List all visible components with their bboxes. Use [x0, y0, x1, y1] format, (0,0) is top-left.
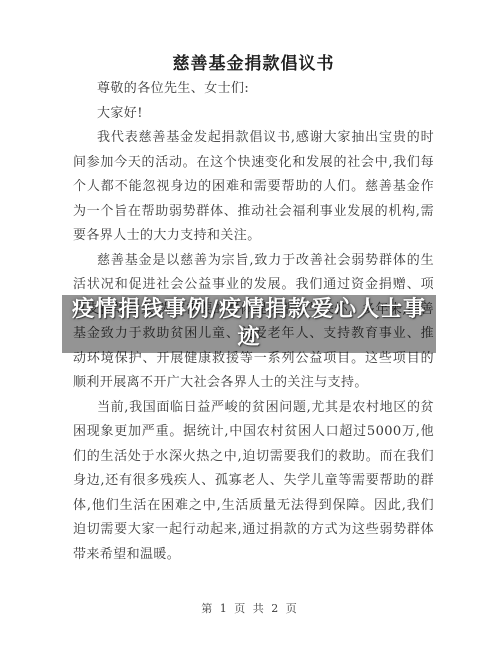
salutation-line: 大家好!	[73, 102, 434, 127]
document-page: 慈善基金捐款倡议书 尊敬的各位先生、女士们: 大家好! 我代表慈善基金发起捐款倡…	[0, 0, 500, 567]
document-title: 慈善基金捐款倡议书	[73, 52, 434, 77]
body-paragraph-1: 我代表慈善基金发起捐款倡议书,感谢大家抽出宝贵的时间参加今天的活动。在这个快速变…	[73, 126, 434, 249]
page-number-footer: 第 1 页 共 2 页	[0, 600, 500, 616]
greeting-line: 尊敬的各位先生、女士们:	[73, 77, 434, 102]
body-paragraph-3: 当前,我国面临日益严峻的贫困问题,尤其是农村地区的贫困现象更加严重。据统计,中国…	[73, 396, 434, 568]
overlay-title-banner: 疫情捐钱事例/疫情捐款爱心人士事迹	[62, 295, 436, 353]
